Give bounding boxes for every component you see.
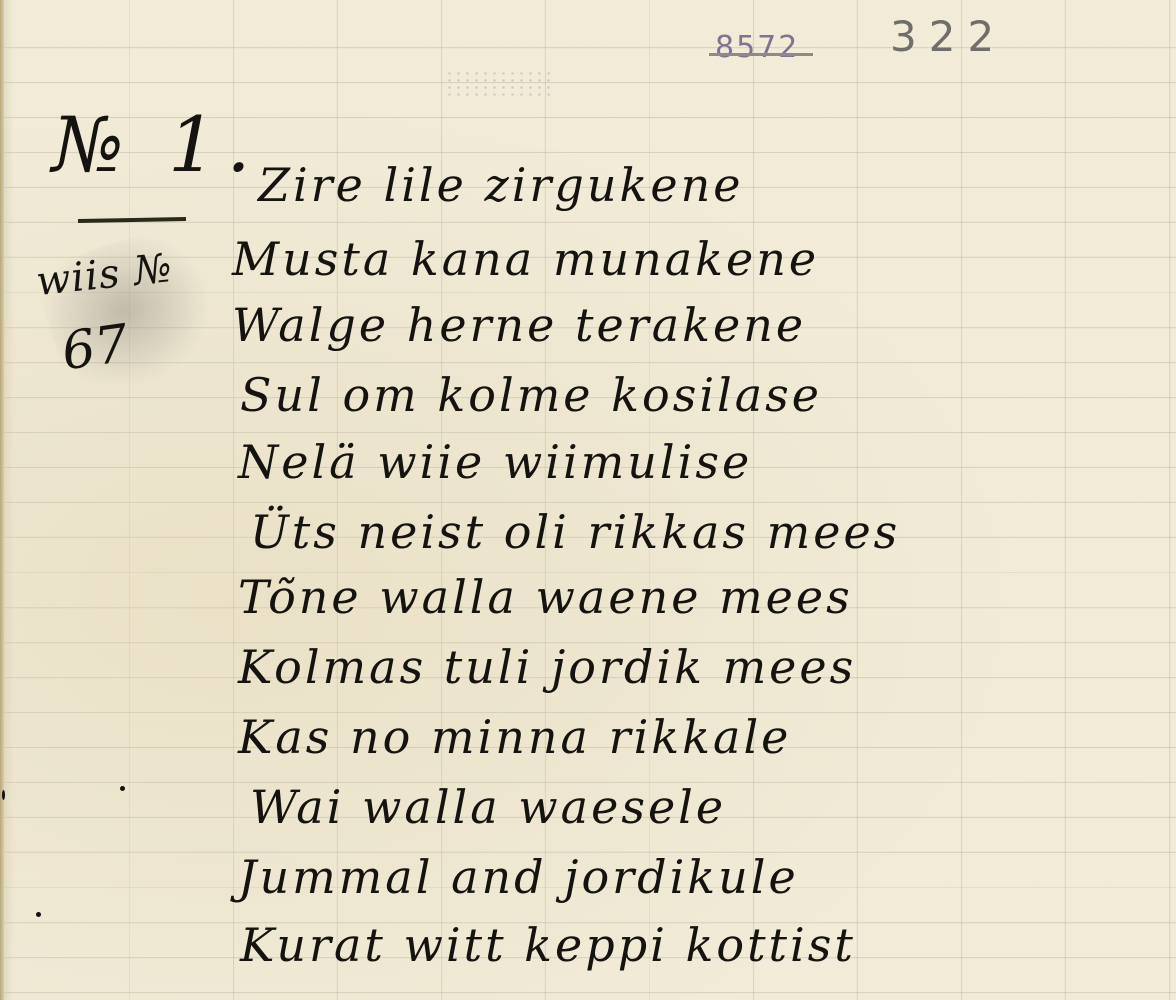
song-line-7: Tõne walla waene mees: [238, 570, 853, 624]
song-line-4: Sul om kolme kosilase: [240, 368, 822, 422]
strikethrough-line: [709, 53, 813, 56]
pencil-scribble-mark: [31, 217, 239, 412]
ink-speck: [36, 912, 41, 917]
archive-number-text: 8572: [715, 30, 799, 65]
song-line-9: Kas no minna rikkale: [238, 710, 791, 764]
faded-stamp: [445, 70, 555, 100]
song-line-5: Nelä wiie wiimulise: [238, 435, 752, 489]
song-line-12: Kurat witt keppi kottist: [240, 918, 856, 972]
song-line-8: Kolmas tuli jordik mees: [238, 640, 856, 694]
archive-number-crossed-out: 8572: [715, 30, 799, 65]
song-number-underline: [78, 217, 186, 223]
ink-speck: [2, 790, 5, 800]
song-line-6: Üts neist oli rikkas mees: [250, 505, 900, 559]
song-line-2: Musta kana munakene: [232, 232, 819, 286]
margin-reference-number: 67: [58, 314, 132, 383]
page-binding-edge: [0, 0, 4, 1000]
manuscript-page: 8572 322 № 1. wiis № 67 Zire lile zirguk…: [0, 0, 1176, 1000]
song-line-11: Jummal and jordikule: [238, 850, 799, 904]
ink-speck: [120, 786, 125, 791]
song-line-1: Zire lile zirgukene: [258, 158, 743, 212]
song-line-10: Wai walla waesele: [250, 780, 726, 834]
page-number: 322: [890, 12, 1006, 61]
song-line-3: Walge herne terakene: [232, 298, 806, 352]
song-number: № 1.: [52, 100, 261, 189]
